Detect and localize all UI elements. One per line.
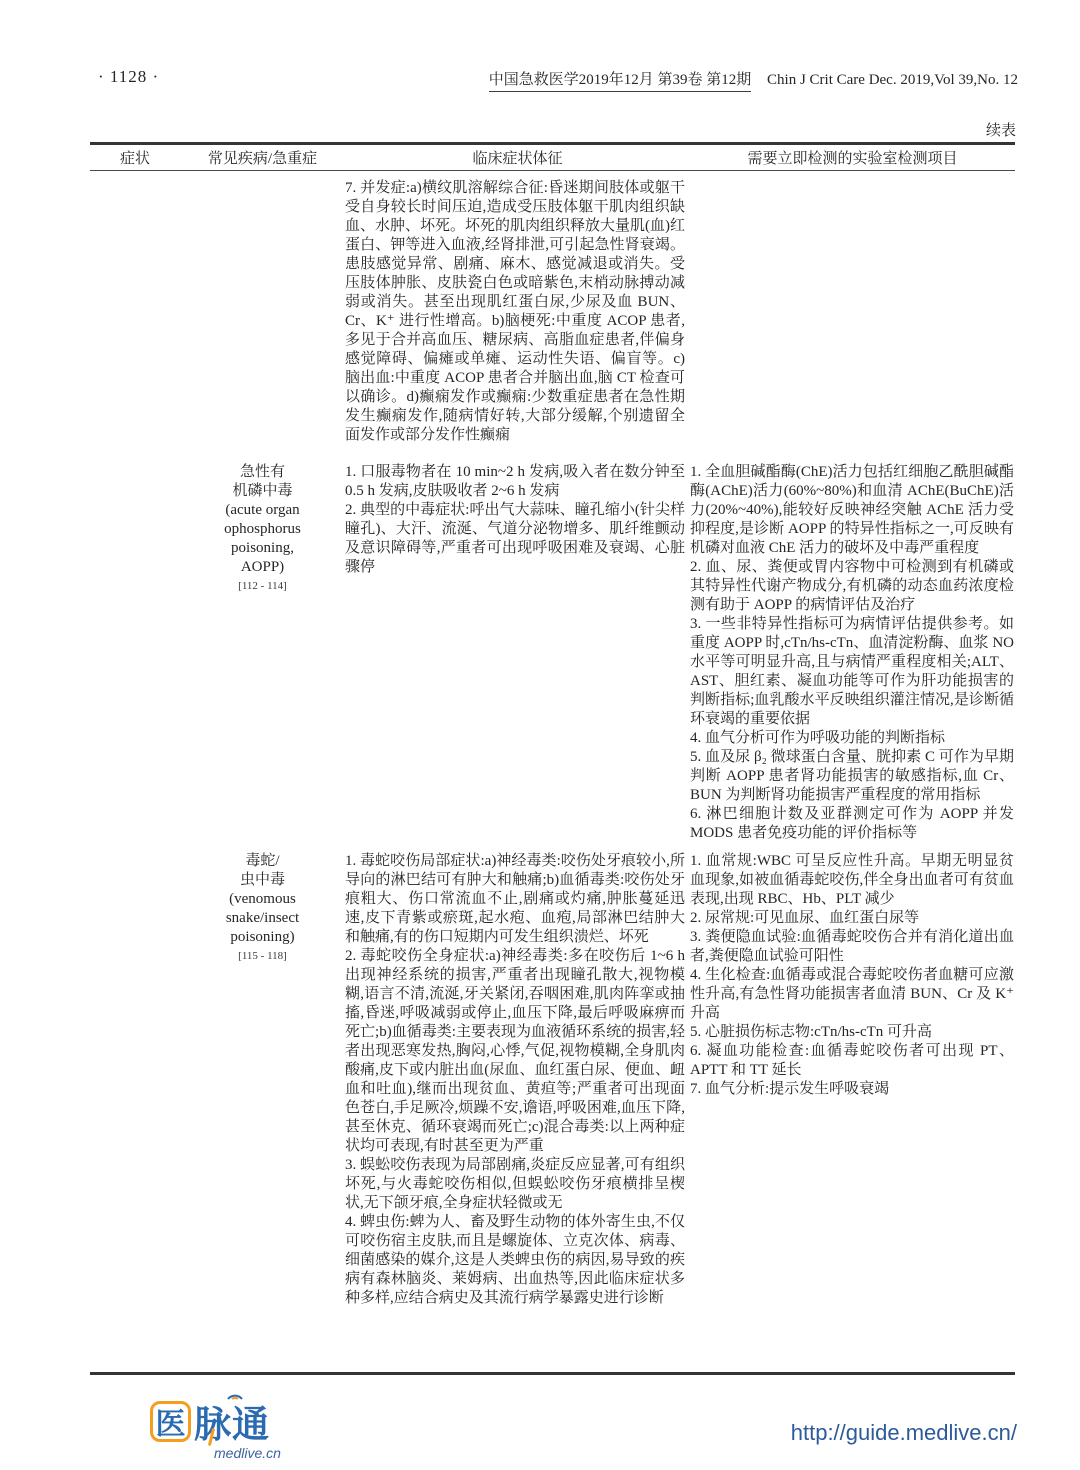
journal-title: 中国急救医学2019年12月 第39卷 第12期 Chin J Crit Car… — [489, 68, 1018, 89]
disease-name-line: poisoning, — [186, 539, 339, 558]
labs-paragraph: 7. 血气分析:提示发生呼吸衰竭 — [690, 1080, 1014, 1099]
clinical-paragraph: 4. 蜱虫伤:蜱为人、畜及野生动物的体外寄生虫,不仅可咬伤宿主皮肤,而且是螺旋体… — [345, 1213, 685, 1308]
labs-paragraph: 3. 一些非特异性指标可为病情评估提供参考。如重度 AOPP 时,cTn/hs-… — [690, 615, 1014, 729]
clinical-cell: 7. 并发症:a)横纹肌溶解综合征:昏迷期间肢体或躯干受自身较长时间压迫,造成受… — [345, 179, 690, 445]
medlive-logo[interactable]: 医 脉通 medlive.cn — [150, 1394, 281, 1461]
disease-name-line: 毒蛇/ — [186, 852, 339, 871]
disease-name-line: (acute organ — [186, 501, 339, 520]
disease-cell-snake: 毒蛇/ 虫中毒 (venomous snake/insect poisoning… — [180, 852, 345, 966]
medlive-logo-yi-box: 医 — [150, 1401, 191, 1442]
labs-cell-aopp: 1. 全血胆碱酯酶(ChE)活力包括红细胞乙酰胆碱酯酶(AChE)活力(60%~… — [690, 463, 1015, 843]
medlive-logo-yi: 医 — [156, 1399, 186, 1443]
signal-waves-icon — [224, 1385, 246, 1401]
table-row: 毒蛇/ 虫中毒 (venomous snake/insect poisoning… — [90, 843, 1015, 1318]
journal-page: · 1128 · 中国急救医学2019年12月 第39卷 第12期 Chin J… — [0, 0, 1080, 1470]
column-header-disease: 常见疾病/急重症 — [180, 147, 345, 168]
medlive-logo-maitong: 脉通 — [194, 1394, 270, 1448]
journal-title-en: Chin J Crit Care Dec. 2019,Vol 39,No. 12 — [767, 72, 1018, 88]
labs-cell-snake: 1. 血常规:WBC 可呈反应性升高。早期无明显贫血现象,如被血循毒蛇咬伤,伴全… — [690, 852, 1015, 1099]
disease-name-line: (venomous — [186, 890, 339, 909]
disease-name-line: 急性有 — [186, 463, 339, 482]
disease-name-line: poisoning) — [186, 928, 339, 947]
labs-paragraph: 6. 凝血功能检查:血循毒蛇咬伤者可出现 PT、APTT 和 TT 延长 — [690, 1042, 1014, 1080]
disease-cell-aopp: 急性有 机磷中毒 (acute organ ophosphorus poison… — [180, 463, 345, 596]
labs-paragraph: 6. 淋巴细胞计数及亚群测定可作为 AOPP 并发 MODS 患者免疫功能的评价… — [690, 805, 1014, 843]
labs-paragraph: 4. 生化检查:血循毒或混合毒蛇咬伤者血糖可应激性升高,有急性肾功能损害者血清 … — [690, 966, 1014, 1023]
clinical-paragraph: 1. 毒蛇咬伤局部症状:a)神经毒类:咬伤处牙痕较小,所导向的淋巴结可有肿大和触… — [345, 852, 685, 947]
disease-name-line: 虫中毒 — [186, 871, 339, 890]
medlive-logo-row: 医 脉通 — [150, 1394, 281, 1448]
journal-title-cn: 中国急救医学2019年12月 第39卷 第12期 — [489, 72, 752, 92]
labs-paragraph: 2. 血、尿、粪便或胃内容物中可检测到有机磷或其特异性代谢产物成分,有机磷的动态… — [690, 558, 1014, 615]
clinical-paragraph: 2. 毒蛇咬伤全身症状:a)神经毒类:多在咬伤后 1~6 h 出现神经系统的损害… — [345, 947, 685, 1156]
table-row: 急性有 机磷中毒 (acute organ ophosphorus poison… — [90, 445, 1015, 843]
clinical-paragraph: 1. 口服毒物者在 10 min~2 h 发病,吸入者在数分钟至 0.5 h 发… — [345, 463, 685, 501]
column-header-labs: 需要立即检测的实验室检测项目 — [690, 147, 1015, 168]
table-header-row: 症状 常见疾病/急重症 临床症状体征 需要立即检测的实验室检测项目 — [90, 142, 1015, 171]
labs-paragraph: 2. 尿常规:可见血尿、血红蛋白尿等 — [690, 909, 1014, 928]
reference-citation: [112 - 114] — [186, 577, 339, 596]
clinical-paragraph: 7. 并发症:a)横纹肌溶解综合征:昏迷期间肢体或躯干受自身较长时间压迫,造成受… — [345, 179, 685, 445]
disease-name-line: AOPP) — [186, 558, 339, 577]
clinical-cell-snake: 1. 毒蛇咬伤局部症状:a)神经毒类:咬伤处牙痕较小,所导向的淋巴结可有肿大和触… — [345, 852, 690, 1308]
labs-paragraph: 5. 血及尿 β₂ 微球蛋白含量、胱抑素 C 可作为早期判断 AOPP 患者肾功… — [690, 748, 1014, 805]
labs-paragraph: 4. 血气分析可作为呼吸功能的判断指标 — [690, 729, 1014, 748]
disease-name-line: 机磷中毒 — [186, 482, 339, 501]
labs-paragraph: 1. 全血胆碱酯酶(ChE)活力包括红细胞乙酰胆碱酯酶(AChE)活力(60%~… — [690, 463, 1014, 558]
page-number: · 1128 · — [98, 67, 159, 87]
table-body: 7. 并发症:a)横纹肌溶解综合征:昏迷期间肢体或躯干受自身较长时间压迫,造成受… — [90, 171, 1015, 1375]
continued-table-label: 续表 — [986, 119, 1016, 140]
clinical-cell-aopp: 1. 口服毒物者在 10 min~2 h 发病,吸入者在数分钟至 0.5 h 发… — [345, 463, 690, 577]
labs-paragraph: 5. 心脏损伤标志物:cTn/hs-cTn 可升高 — [690, 1023, 1014, 1042]
masthead: · 1128 · 中国急救医学2019年12月 第39卷 第12期 Chin J… — [90, 66, 1018, 90]
column-header-symptom: 症状 — [90, 147, 180, 168]
symptoms-table: 症状 常见疾病/急重症 临床症状体征 需要立即检测的实验室检测项目 7. 并发症… — [90, 142, 1015, 1375]
labs-paragraph: 3. 粪便隐血试验:血循毒蛇咬伤合并有消化道出血者,粪便隐血试验可阳性 — [690, 928, 1014, 966]
labs-paragraph: 1. 血常规:WBC 可呈反应性升高。早期无明显贫血现象,如被血循毒蛇咬伤,伴全… — [690, 852, 1014, 909]
column-header-clinical: 临床症状体征 — [345, 147, 690, 168]
disease-name-line: snake/insect — [186, 909, 339, 928]
guide-url-link[interactable]: http://guide.medlive.cn/ — [791, 1420, 1017, 1446]
table-row: 7. 并发症:a)横纹肌溶解综合征:昏迷期间肢体或躯干受自身较长时间压迫,造成受… — [90, 171, 1015, 445]
clinical-paragraph: 3. 蜈蚣咬伤表现为局部剧痛,炎症反应显著,可有组织坏死,与火毒蛇咬伤相似,但蜈… — [345, 1156, 685, 1213]
clinical-paragraph: 2. 典型的中毒症状:呼出气大蒜味、瞳孔缩小(针尖样瞳孔)、大汗、流涎、气道分泌… — [345, 501, 685, 577]
disease-name-line: ophosphorus — [186, 520, 339, 539]
reference-citation: [115 - 118] — [186, 947, 339, 966]
